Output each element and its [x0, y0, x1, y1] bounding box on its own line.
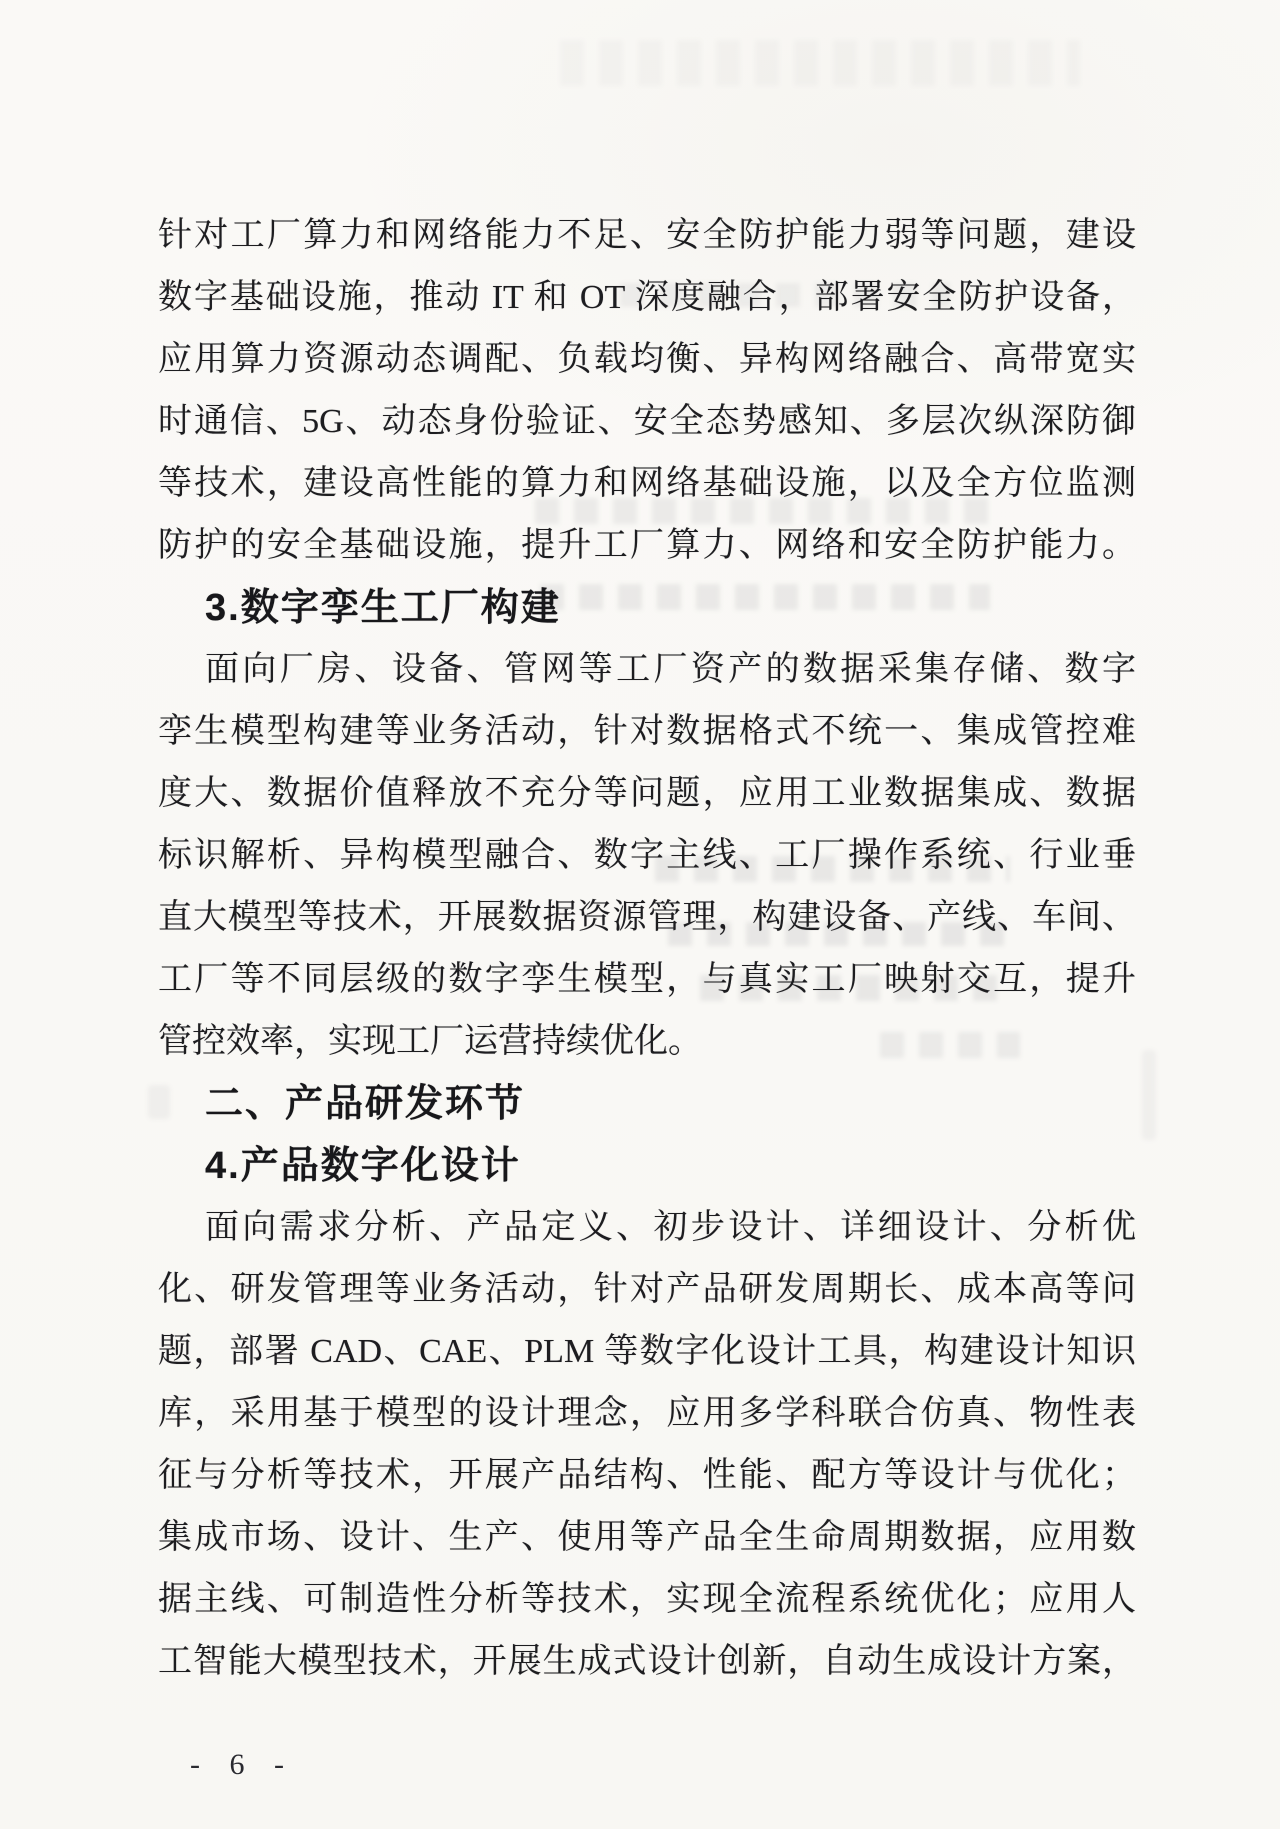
body-line: 度大、数据价值释放不充分等问题，应用工业数据集成、数据	[158, 763, 1136, 825]
body-line: 化、研发管理等业务活动，针对产品研发周期长、成本高等问	[158, 1259, 1136, 1321]
document-page: 针对工厂算力和网络能力不足、安全防护能力弱等问题，建设 数字基础设施，推动 IT…	[0, 0, 1280, 1829]
body-line: 针对工厂算力和网络能力不足、安全防护能力弱等问题，建设	[158, 205, 1136, 267]
section-heading-4: 4.产品数字化设计	[158, 1135, 1136, 1197]
section-heading-3: 3.数字孪生工厂构建	[158, 577, 1136, 639]
body-line: 管控效率，实现工厂运营持续优化。	[158, 1011, 1136, 1073]
body-line: 面向厂房、设备、管网等工厂资产的数据采集存储、数字	[158, 639, 1136, 701]
body-line: 应用算力资源动态调配、负载均衡、异构网络融合、高带宽实	[158, 329, 1136, 391]
body-line: 时通信、5G、动态身份验证、安全态势感知、多层次纵深防御	[158, 391, 1136, 453]
bleedthrough-artifact	[1142, 1050, 1156, 1140]
body-line: 据主线、可制造性分析等技术，实现全流程系统优化；应用人	[158, 1569, 1136, 1631]
body-line: 防护的安全基础设施，提升工厂算力、网络和安全防护能力。	[158, 515, 1136, 577]
body-line: 库，采用基于模型的设计理念，应用多学科联合仿真、物性表	[158, 1383, 1136, 1445]
body-line: 面向需求分析、产品定义、初步设计、详细设计、分析优	[158, 1197, 1136, 1259]
page-number: - 6 -	[190, 1748, 295, 1782]
body-line: 标识解析、异构模型融合、数字主线、工厂操作系统、行业垂	[158, 825, 1136, 887]
text-column: 针对工厂算力和网络能力不足、安全防护能力弱等问题，建设 数字基础设施，推动 IT…	[158, 205, 1136, 1693]
body-line: 孪生模型构建等业务活动，针对数据格式不统一、集成管控难	[158, 701, 1136, 763]
body-line: 等技术，建设高性能的算力和网络基础设施，以及全方位监测	[158, 453, 1136, 515]
body-line: 直大模型等技术，开展数据资源管理，构建设备、产线、车间、	[158, 887, 1136, 949]
body-line: 题，部署 CAD、CAE、PLM 等数字化设计工具，构建设计知识	[158, 1321, 1136, 1383]
chapter-heading-2: 二、产品研发环节	[158, 1073, 1136, 1135]
body-line: 集成市场、设计、生产、使用等产品全生命周期数据，应用数	[158, 1507, 1136, 1569]
body-line: 征与分析等技术，开展产品结构、性能、配方等设计与优化；	[158, 1445, 1136, 1507]
body-line: 工智能大模型技术，开展生成式设计创新，自动生成设计方案，	[158, 1631, 1136, 1693]
bleedthrough-artifact	[560, 40, 1080, 86]
body-line: 数字基础设施，推动 IT 和 OT 深度融合，部署安全防护设备，	[158, 267, 1136, 329]
body-line: 工厂等不同层级的数字孪生模型，与真实工厂映射交互，提升	[158, 949, 1136, 1011]
